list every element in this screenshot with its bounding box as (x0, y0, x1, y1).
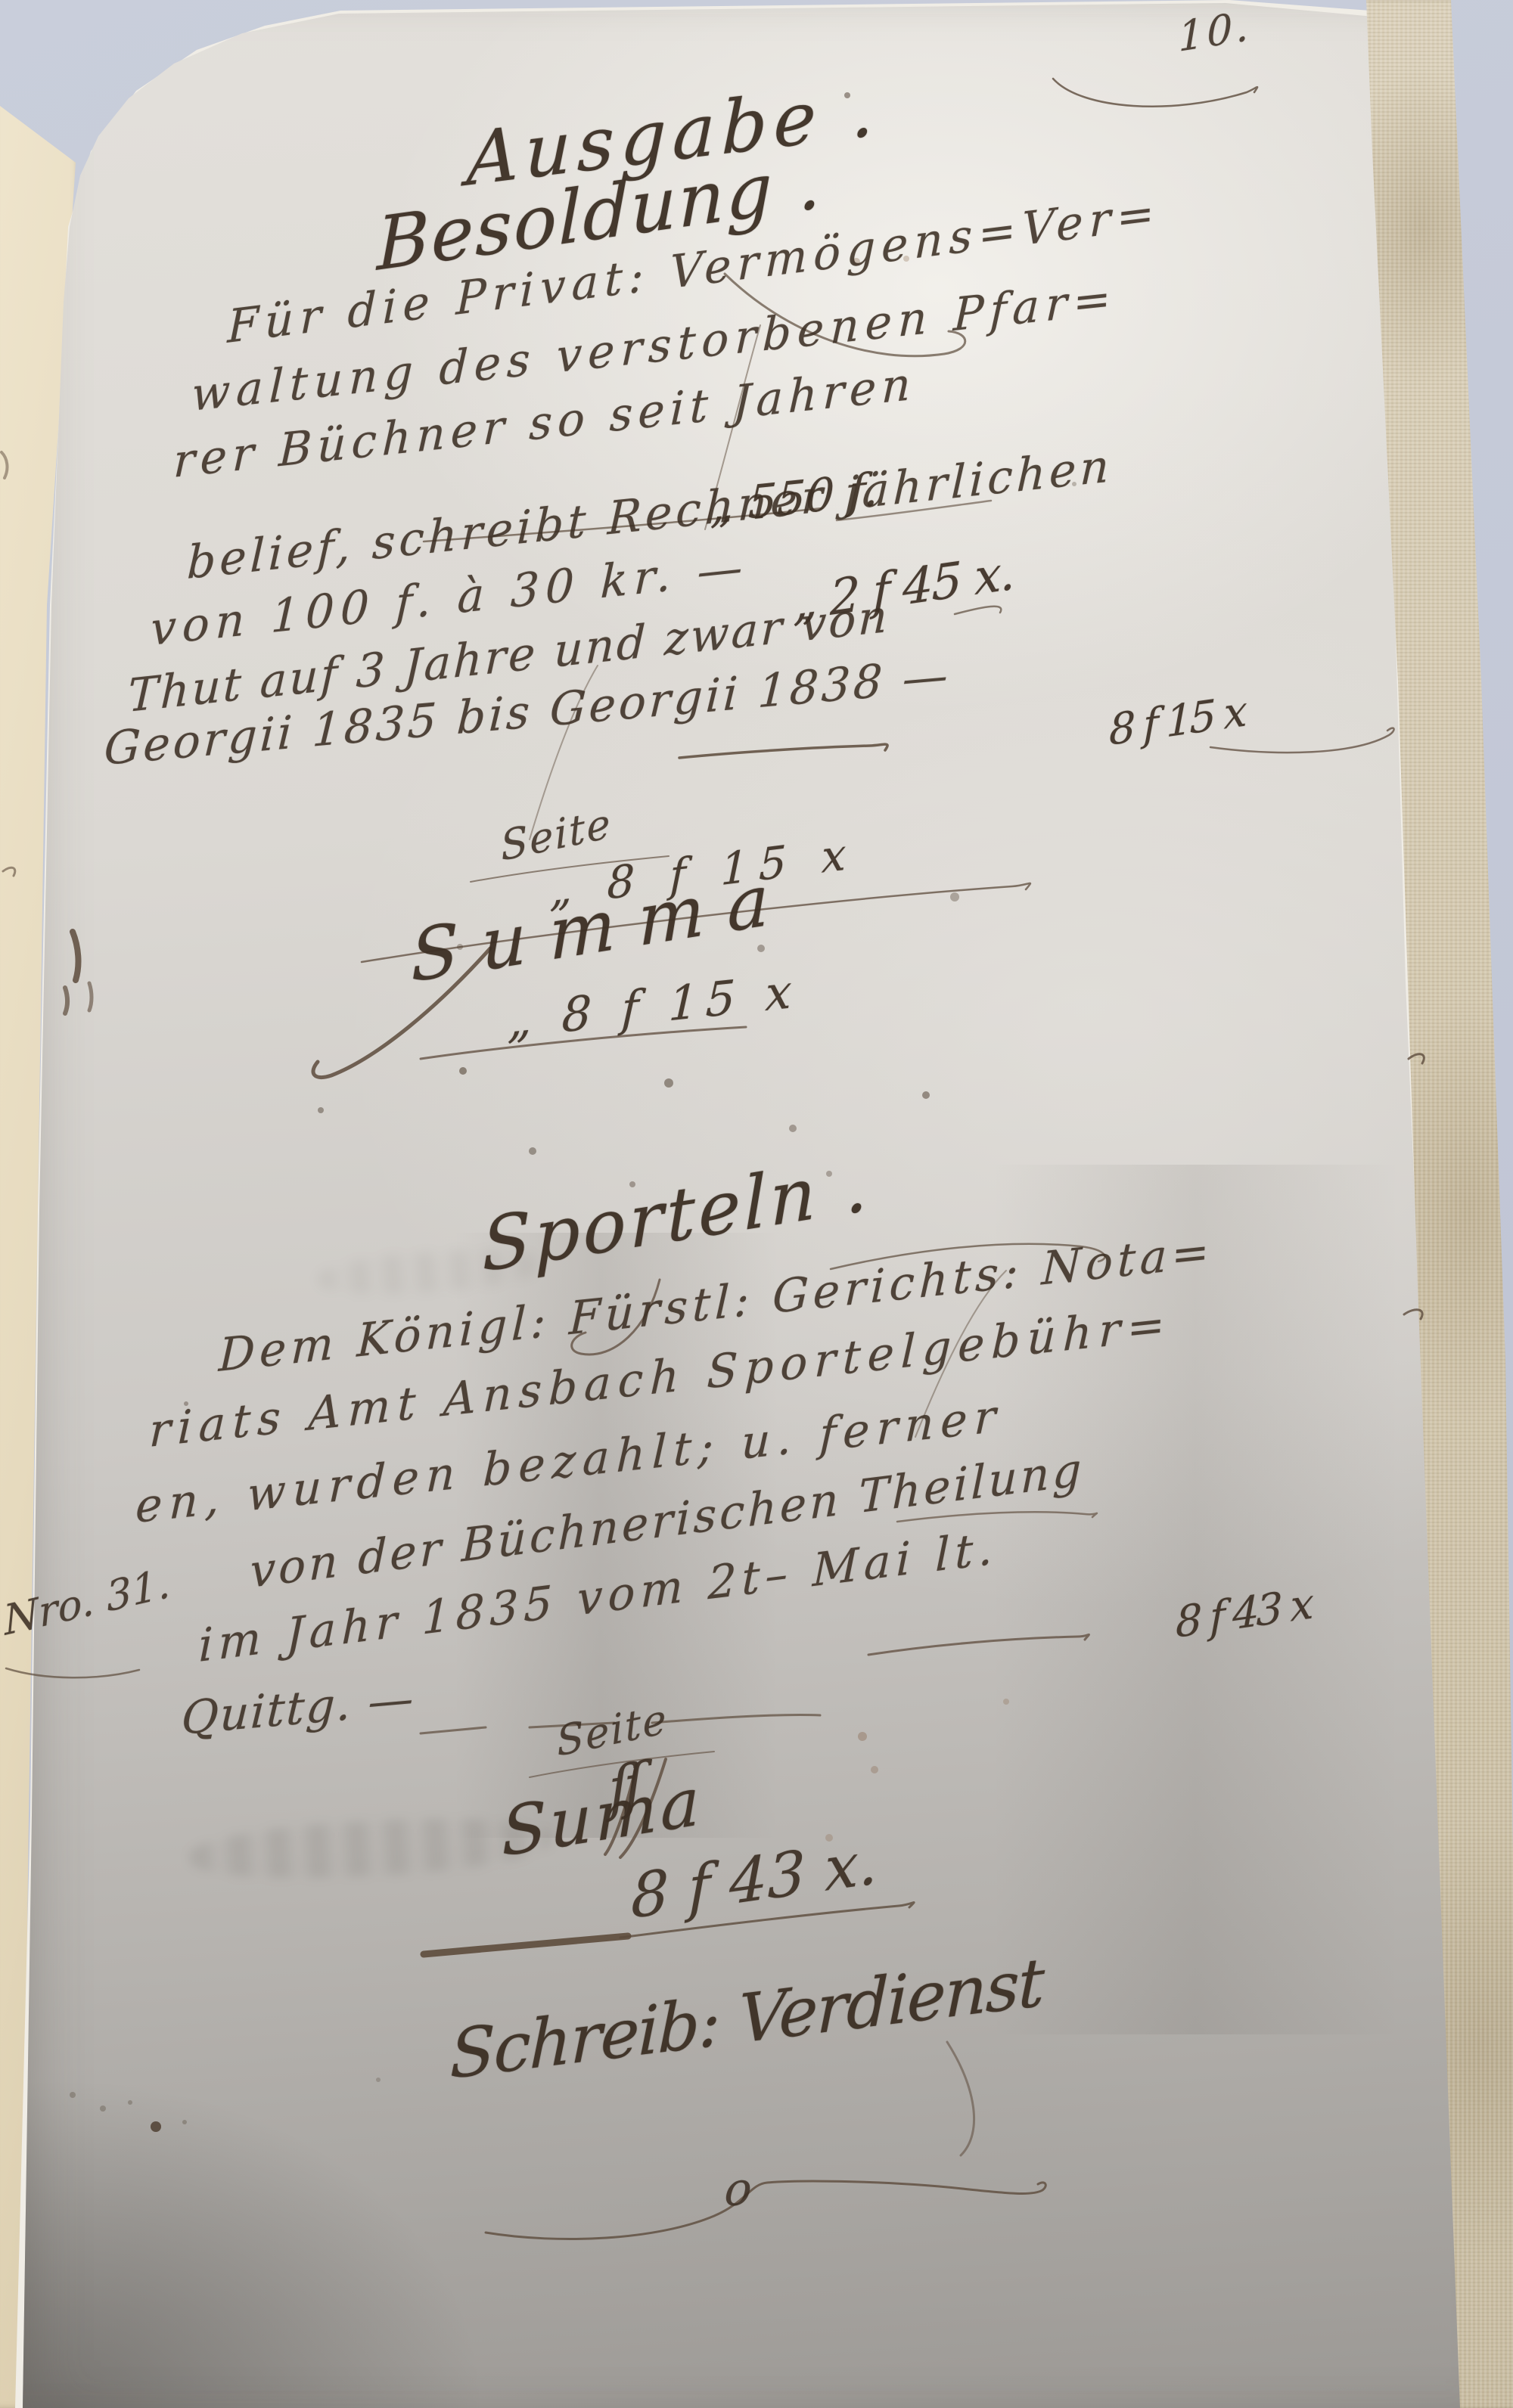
photo-backdrop: 10.Ausgabe .Besoldung .Für die Privat: V… (0, 0, 1513, 2408)
page-number: 10. (1178, 2, 1252, 61)
ink-layer: 10.Ausgabe .Besoldung .Für die Privat: V… (0, 0, 1513, 2408)
besoldung-amount-2: 8 f 15 x (1109, 687, 1244, 756)
heading-schreib: Schreib: Verdienst (449, 1943, 1044, 2094)
sporteln-line-6: Quittg. — (180, 1671, 416, 1745)
final-flourish-o: o (723, 2161, 753, 2217)
sporteln-amount: 8 f 43 x (1176, 1579, 1311, 1648)
sporteln-margin-note: Nro. 31. (2, 1559, 172, 1645)
